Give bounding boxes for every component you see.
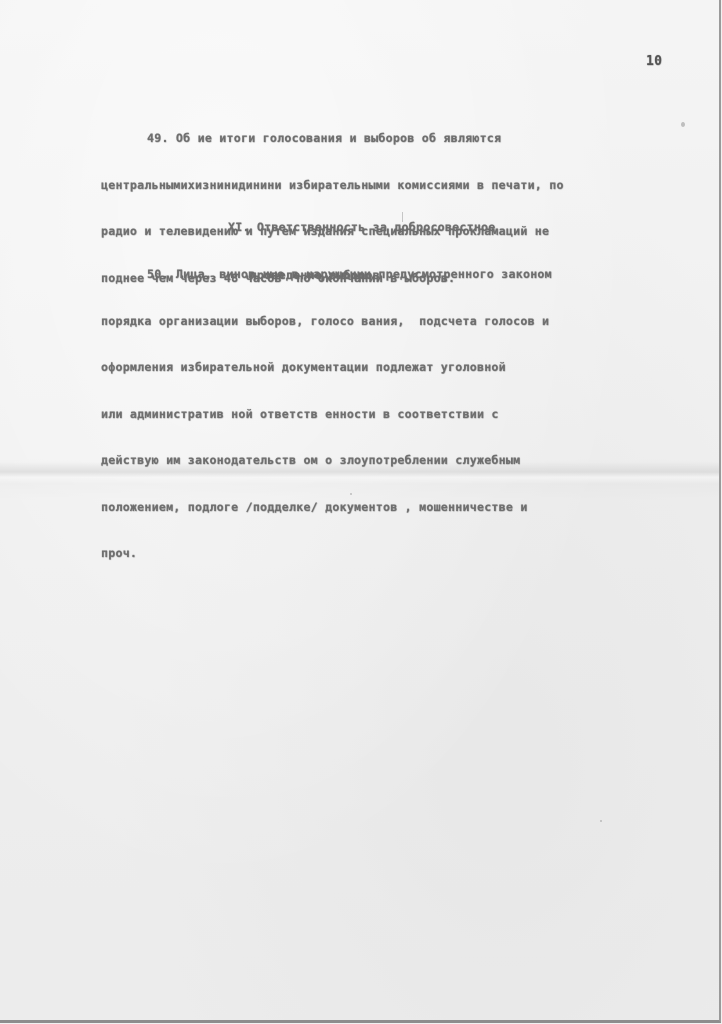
document-page: 10 49. Об ие итоги голосования и выборов… — [0, 0, 721, 1023]
paper-speck — [681, 122, 685, 127]
paragraph-50-line: 50. Лица, винов ные в нарушении предусмо… — [101, 267, 552, 283]
paper-speck — [600, 820, 602, 822]
paragraph-49-line: 49. Об ие итоги голосования и выборов об… — [101, 131, 564, 147]
page-number: 10 — [646, 54, 662, 70]
section-heading-line: XI. Ответственность за добросовестное — [228, 219, 496, 235]
paragraph-50-line: порядка организации выборов, голосо вани… — [101, 314, 552, 330]
paper-speck — [402, 212, 403, 222]
paragraph-50-line: положением, подлоге /подделке/ документо… — [101, 500, 552, 516]
paragraph-50-line: оформления избирательной документации по… — [101, 360, 552, 376]
paragraph-50-line: или административ ной ответств енности в… — [101, 407, 552, 423]
paragraph-50-line: действую им законодательств ом о злоупот… — [101, 453, 552, 469]
paragraph-50-line: проч. — [101, 546, 552, 562]
paragraph-50: 50. Лица, винов ные в нарушении предусмо… — [101, 236, 552, 593]
paper-speck — [350, 493, 352, 495]
